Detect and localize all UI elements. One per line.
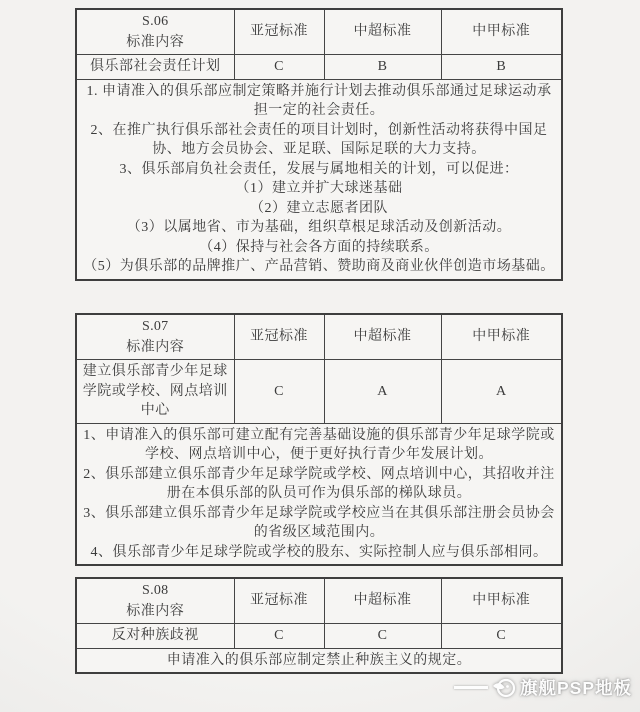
- watermark-dash-line: [454, 686, 488, 689]
- grade-league-one: C: [441, 624, 562, 649]
- note-line: 1. 申请准入的俱乐部应制定策略并施行计划去推动俱乐部通过足球运动承担一定的社会…: [81, 82, 557, 121]
- grade-csl: B: [324, 55, 441, 80]
- note-line: （3）以属地省、市为基础，组织草根足球活动及创新活动。: [81, 218, 557, 238]
- grade-league-one: A: [441, 360, 562, 424]
- grade-csl: A: [324, 360, 441, 424]
- table-header-row: S.07 标准内容 亚冠标准 中超标准 中甲标准: [76, 314, 562, 360]
- column-header-afc: 亚冠标准: [234, 314, 324, 360]
- column-header-league-one: 中甲标准: [441, 578, 562, 624]
- standard-content-label: 标准内容: [81, 33, 230, 53]
- notes-row: 1. 申请准入的俱乐部应制定策略并施行计划去推动俱乐部通过足球运动承担一定的社会…: [76, 79, 562, 280]
- note-line: 申请准入的俱乐部应制定禁止种族主义的规定。: [81, 651, 557, 671]
- column-header-afc: 亚冠标准: [234, 578, 324, 624]
- note-line: 4、俱乐部青少年足球学院或学校的股东、实际控制人应与俱乐部相同。: [81, 543, 557, 563]
- column-header-league-one: 中甲标准: [441, 9, 562, 55]
- bird-logo-icon: [492, 676, 516, 700]
- note-line: 2、在推广执行俱乐部社会责任的项目计划时，创新性活动将获得中国足协、地方会员协会…: [81, 121, 557, 160]
- notes-row: 申请准入的俱乐部应制定禁止种族主义的规定。: [76, 648, 562, 673]
- grade-row: 建立俱乐部青少年足球学院或学校、网点培训中心 C A A: [76, 360, 562, 424]
- grade-afc: C: [234, 360, 324, 424]
- standards-table-s07: S.07 标准内容 亚冠标准 中超标准 中甲标准 建立俱乐部青少年足球学院或学校…: [75, 313, 563, 566]
- watermark-text: 旗舰PSP地板: [520, 675, 632, 700]
- notes-row: 1、申请准入的俱乐部可建立配有完善基础设施的俱乐部青少年足球学院或学校、网点培训…: [76, 423, 562, 565]
- column-header-csl: 中超标准: [324, 314, 441, 360]
- note-line: （1）建立并扩大球迷基础: [81, 179, 557, 199]
- standard-code: S.07: [81, 317, 230, 337]
- table-header-row: S.06 标准内容 亚冠标准 中超标准 中甲标准: [76, 9, 562, 55]
- column-header-league-one: 中甲标准: [441, 314, 562, 360]
- note-line: （4）保持与社会各方面的持续联系。: [81, 238, 557, 258]
- standard-content-label: 标准内容: [81, 602, 230, 622]
- grade-afc: C: [234, 55, 324, 80]
- standard-code-cell: S.06 标准内容: [76, 9, 234, 55]
- notes-cell: 1. 申请准入的俱乐部应制定策略并施行计划去推动俱乐部通过足球运动承担一定的社会…: [76, 79, 562, 280]
- column-header-csl: 中超标准: [324, 578, 441, 624]
- grade-league-one: B: [441, 55, 562, 80]
- note-line: 1、申请准入的俱乐部可建立配有完善基础设施的俱乐部青少年足球学院或学校、网点培训…: [81, 426, 557, 465]
- watermark: 旗舰PSP地板: [454, 675, 632, 700]
- standard-code-cell: S.08 标准内容: [76, 578, 234, 624]
- notes-cell: 1、申请准入的俱乐部可建立配有完善基础设施的俱乐部青少年足球学院或学校、网点培训…: [76, 423, 562, 565]
- grade-afc: C: [234, 624, 324, 649]
- column-header-csl: 中超标准: [324, 9, 441, 55]
- note-line: 3、俱乐部肩负社会责任，发展与属地相关的计划，可以促进：: [81, 160, 557, 180]
- note-line: （2）建立志愿者团队: [81, 199, 557, 219]
- notes-cell: 申请准入的俱乐部应制定禁止种族主义的规定。: [76, 648, 562, 673]
- grade-csl: C: [324, 624, 441, 649]
- grade-row: 反对种族歧视 C C C: [76, 624, 562, 649]
- standard-code-cell: S.07 标准内容: [76, 314, 234, 360]
- note-line: （5）为俱乐部的品牌推广、产品营销、赞助商及商业伙伴创造市场基础。: [81, 257, 557, 277]
- note-line: 2、俱乐部建立俱乐部青少年足球学院或学校、网点培训中心，其招收并注册在本俱乐部的…: [81, 465, 557, 504]
- standard-code: S.06: [81, 12, 230, 32]
- item-label: 反对种族歧视: [76, 624, 234, 649]
- grade-row: 俱乐部社会责任计划 C B B: [76, 55, 562, 80]
- standard-code: S.08: [81, 581, 230, 601]
- note-line: 3、俱乐部建立俱乐部青少年足球学院或学校应当在其俱乐部注册会员协会的省级区域范围…: [81, 504, 557, 543]
- item-label: 俱乐部社会责任计划: [76, 55, 234, 80]
- document-page: S.06 标准内容 亚冠标准 中超标准 中甲标准 俱乐部社会责任计划 C B B…: [0, 0, 640, 712]
- standards-table-s08: S.08 标准内容 亚冠标准 中超标准 中甲标准 反对种族歧视 C C C 申请…: [75, 577, 563, 674]
- standard-content-label: 标准内容: [81, 338, 230, 358]
- table-header-row: S.08 标准内容 亚冠标准 中超标准 中甲标准: [76, 578, 562, 624]
- column-header-afc: 亚冠标准: [234, 9, 324, 55]
- item-label: 建立俱乐部青少年足球学院或学校、网点培训中心: [76, 360, 234, 424]
- standards-table-s06: S.06 标准内容 亚冠标准 中超标准 中甲标准 俱乐部社会责任计划 C B B…: [75, 8, 563, 281]
